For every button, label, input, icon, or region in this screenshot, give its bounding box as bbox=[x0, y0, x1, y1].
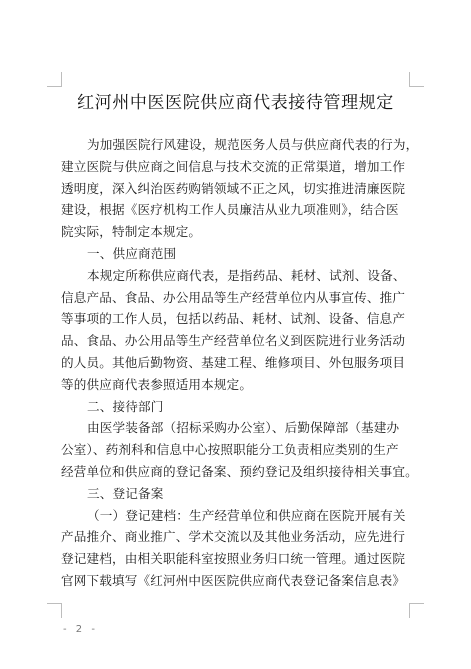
margin-corner-top-right bbox=[409, 72, 424, 87]
text-line: 等事项的工作人员，包括以药品、耗材、试剂、设备、信息产 bbox=[61, 308, 411, 330]
text-line: 院实际，特制定本规定。 bbox=[61, 221, 411, 243]
text-line: 公室）、药剂科和信息中心按照职能分工负责相应类别的生产 bbox=[61, 439, 411, 461]
document-body: 为加强医院行风建设，规范医务人员与供应商代表的行为， 建立医院与供应商之间信息与… bbox=[61, 134, 411, 592]
text-line: 经营单位和供应商的登记备案、预约登记及组织接待相关事宜。 bbox=[61, 461, 411, 483]
text-line: （一）登记建档：生产经营单位和供应商在医院开展有关 bbox=[61, 505, 411, 527]
section-heading: 二、接待部门 bbox=[61, 396, 411, 418]
text-line: 建设，根据《医疗机构工作人员廉洁从业九项准则》，结合医 bbox=[61, 199, 411, 221]
text-line: 等的供应商代表参照适用本规定。 bbox=[61, 374, 411, 396]
text-line: 由医学装备部（招标采购办公室）、后勤保障部（基建办 bbox=[61, 417, 411, 439]
text-line: 本规定所称供应商代表，是指药品、耗材、试剂、设备、 bbox=[61, 265, 411, 287]
text-line: 信息产品、食品、办公用品等生产经营单位内从事宣传、推广 bbox=[61, 287, 411, 309]
text-line: 建立医院与供应商之间信息与技术交流的正常渠道，增加工作 bbox=[61, 156, 411, 178]
document-title: 红河州中医医院供应商代表接待管理规定 bbox=[0, 88, 471, 113]
text-line: 的人员。其他后勤物资、基建工程、维修项目、外包服务项目 bbox=[61, 352, 411, 374]
text-line: 登记建档，由相关职能科室按照业务归口统一管理。通过医院 bbox=[61, 548, 411, 570]
section-heading: 三、登记备案 bbox=[61, 483, 411, 505]
text-line: 品、食品、办公用品等生产经营单位名义到医院进行业务活动 bbox=[61, 330, 411, 352]
margin-corner-top-left bbox=[47, 72, 62, 87]
margin-corner-bottom-right bbox=[409, 603, 424, 618]
text-line: 透明度，深入纠治医药购销领域不正之风，切实推进清廉医院 bbox=[61, 178, 411, 200]
text-line: 为加强医院行风建设，规范医务人员与供应商代表的行为， bbox=[61, 134, 411, 156]
text-line: 官网下载填写《红河州中医医院供应商代表登记备案信息表》 bbox=[61, 570, 411, 592]
text-line: 产品推介、商业推广、学术交流以及其他业务活动，应先进行 bbox=[61, 526, 411, 548]
section-heading: 一、供应商范围 bbox=[61, 243, 411, 265]
page-number: - 2 - bbox=[63, 624, 98, 635]
margin-corner-bottom-left bbox=[47, 603, 62, 618]
